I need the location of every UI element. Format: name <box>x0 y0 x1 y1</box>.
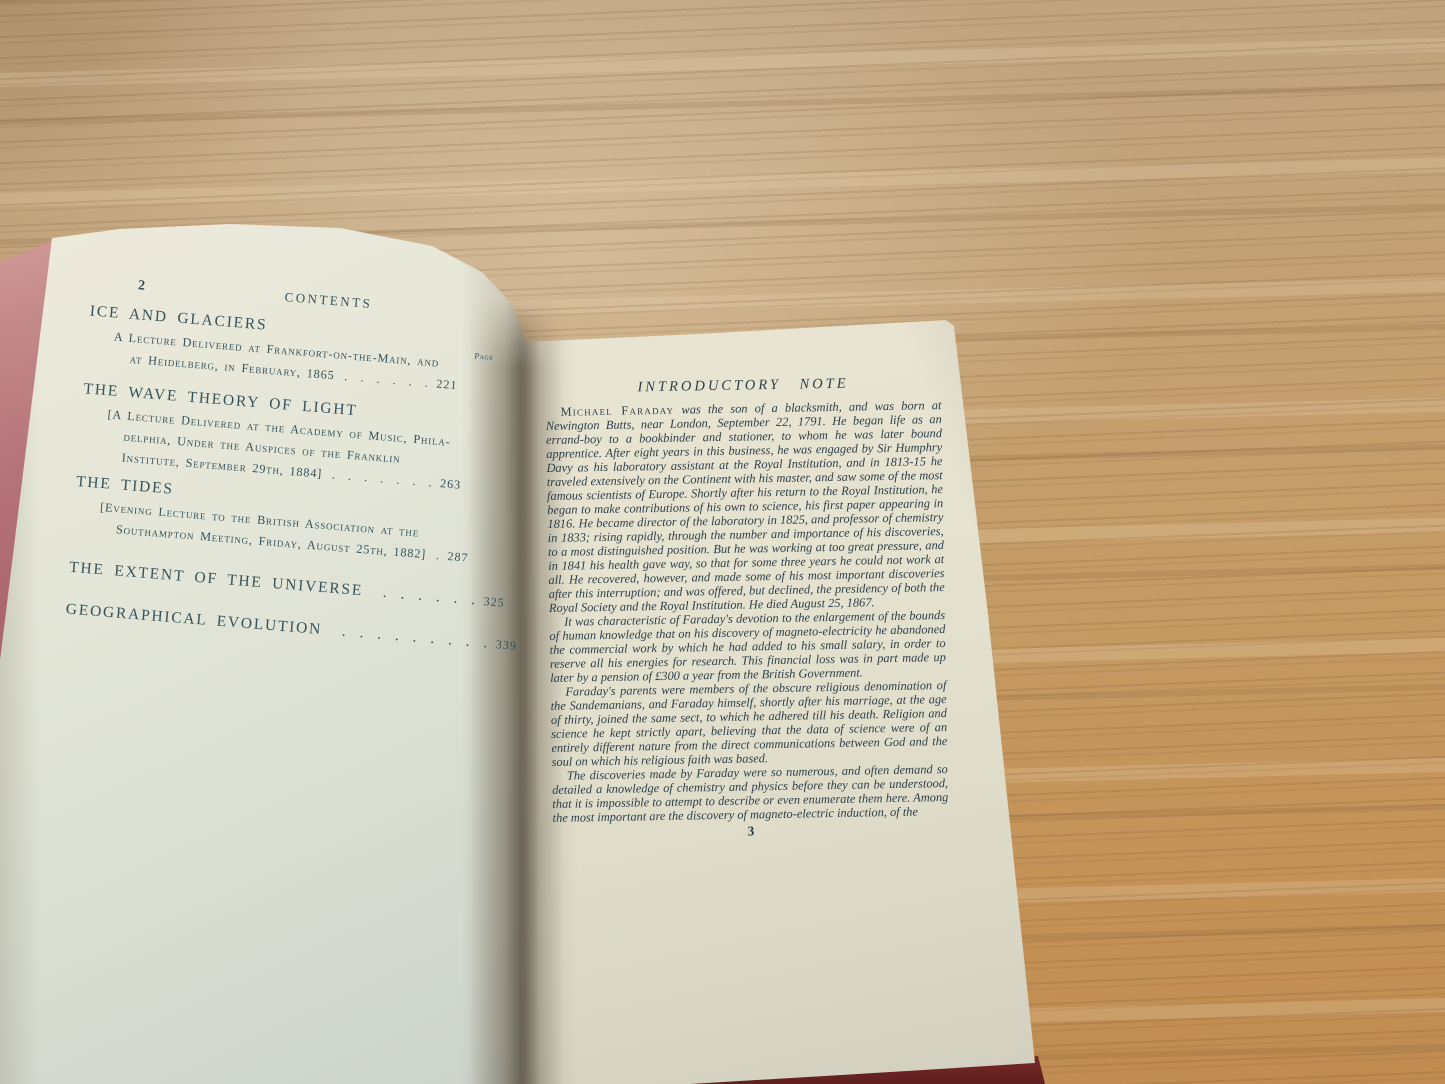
paragraph-text: was the son of a blacksmith, and was bor… <box>546 398 945 615</box>
dot-leader: . . . . . . <box>382 584 478 610</box>
dot-leader: . . . . . . <box>344 369 431 390</box>
paragraph: It was characteristic of Faraday's devot… <box>549 608 946 685</box>
dot-leader: . . . . . . . <box>332 467 435 489</box>
entry-page-number: 287 <box>447 549 469 565</box>
introductory-note-text: INTRODUCTORY NOTE Michael Faraday was th… <box>545 375 949 842</box>
paragraph: The discoveries made by Faraday were so … <box>552 762 949 825</box>
entry-title-line: THE EXTENT OF THE UNIVERSE. . . . . .325 <box>69 559 471 609</box>
book-photo-scene: Page 2 CONTENTS ICE AND GLACIERS A Lectu… <box>0 0 1445 1084</box>
paragraph-text: Faraday's parents were members of the ob… <box>551 678 948 769</box>
entry-page-number: 339 <box>495 637 517 654</box>
paragraph-text: It was characteristic of Faraday's devot… <box>549 608 946 685</box>
paragraph-text: The discoveries made by Faraday were so … <box>552 762 948 825</box>
entry-page-number: 325 <box>483 594 505 611</box>
left-page-number: 2 <box>137 278 145 295</box>
entry-page-number: 263 <box>440 476 462 492</box>
entry-title: THE EXTENT OF THE UNIVERSE <box>69 559 364 601</box>
paragraph: Faraday's parents were members of the ob… <box>550 678 947 769</box>
page-column-label: Page <box>474 351 494 362</box>
dot-leader: . <box>435 548 442 562</box>
paragraph: Michael Faraday was the son of a blacksm… <box>545 398 945 615</box>
entry-page-number: 221 <box>436 377 458 393</box>
toc-entry: THE EXTENT OF THE UNIVERSE. . . . . .325 <box>69 559 471 609</box>
contents-page-text: Page 2 CONTENTS ICE AND GLACIERS A Lectu… <box>65 274 493 651</box>
